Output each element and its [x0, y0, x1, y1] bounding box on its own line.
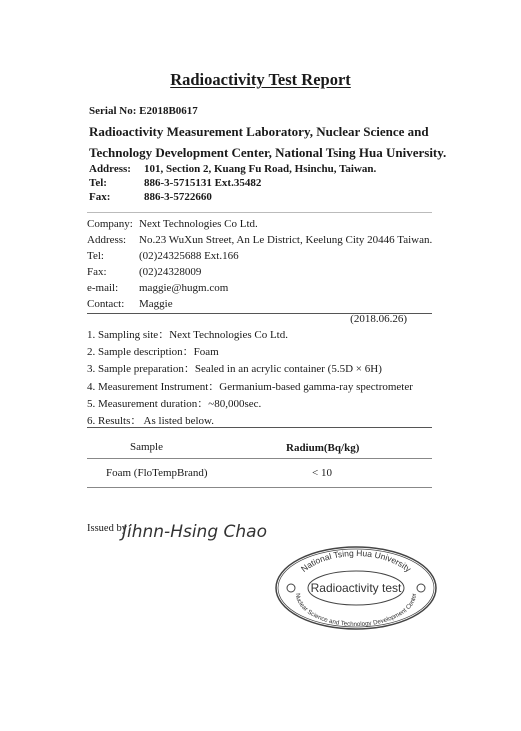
- divider: [87, 458, 432, 459]
- detail-item: 5. Measurement duration：~80,000sec.: [87, 396, 413, 413]
- measurement-details: 1. Sampling site：Next Technologies Co Lt…: [87, 327, 413, 430]
- client-address-row: Address: No.23 WuXun Street, An Le Distr…: [87, 234, 507, 248]
- client-contact-row: Contact: Maggie: [87, 298, 507, 312]
- client-company-row: Company: Next Technologies Co Ltd.: [87, 218, 507, 232]
- detail-item: 4. Measurement Instrument：Germanium-base…: [87, 379, 413, 396]
- report-date: (2018.06.26): [350, 313, 407, 325]
- stamp: National Tsing Hua University Radioactiv…: [272, 542, 440, 630]
- table-cell-radium: < 10: [312, 467, 332, 479]
- serial-number: Serial No: E2018B0617: [89, 105, 198, 117]
- table-header-sample: Sample: [130, 441, 163, 453]
- report-title: Radioactivity Test Report: [0, 70, 521, 90]
- detail-item: 2. Sample description：Foam: [87, 344, 413, 361]
- detail-item: 1. Sampling site：Next Technologies Co Lt…: [87, 327, 413, 344]
- detail-item: 3. Sample preparation：Sealed in an acryl…: [87, 361, 413, 378]
- table-header-radium: Radium(Bq/kg): [286, 442, 359, 454]
- divider: [87, 487, 432, 488]
- lab-tel-row: Tel: 886-3-5715131 Ext.35482: [89, 177, 489, 191]
- laboratory-name: Radioactivity Measurement Laboratory, Nu…: [89, 121, 509, 163]
- svg-text:Radioactivity test: Radioactivity test: [311, 581, 402, 595]
- table-cell-sample: Foam (FloTempBrand): [106, 467, 208, 479]
- lab-fax-row: Fax: 886-3-5722660: [89, 191, 489, 205]
- client-email-row: e-mail: maggie@hugm.com: [87, 282, 507, 296]
- divider: [87, 212, 432, 213]
- signature: Jihnn-Hsing Chao: [122, 522, 267, 542]
- client-tel-row: Tel: (02)24325688 Ext.166: [87, 250, 507, 264]
- client-fax-row: Fax: (02)24328009: [87, 266, 507, 280]
- divider: [87, 427, 432, 428]
- lab-address-row: Address: 101, Section 2, Kuang Fu Road, …: [89, 163, 489, 177]
